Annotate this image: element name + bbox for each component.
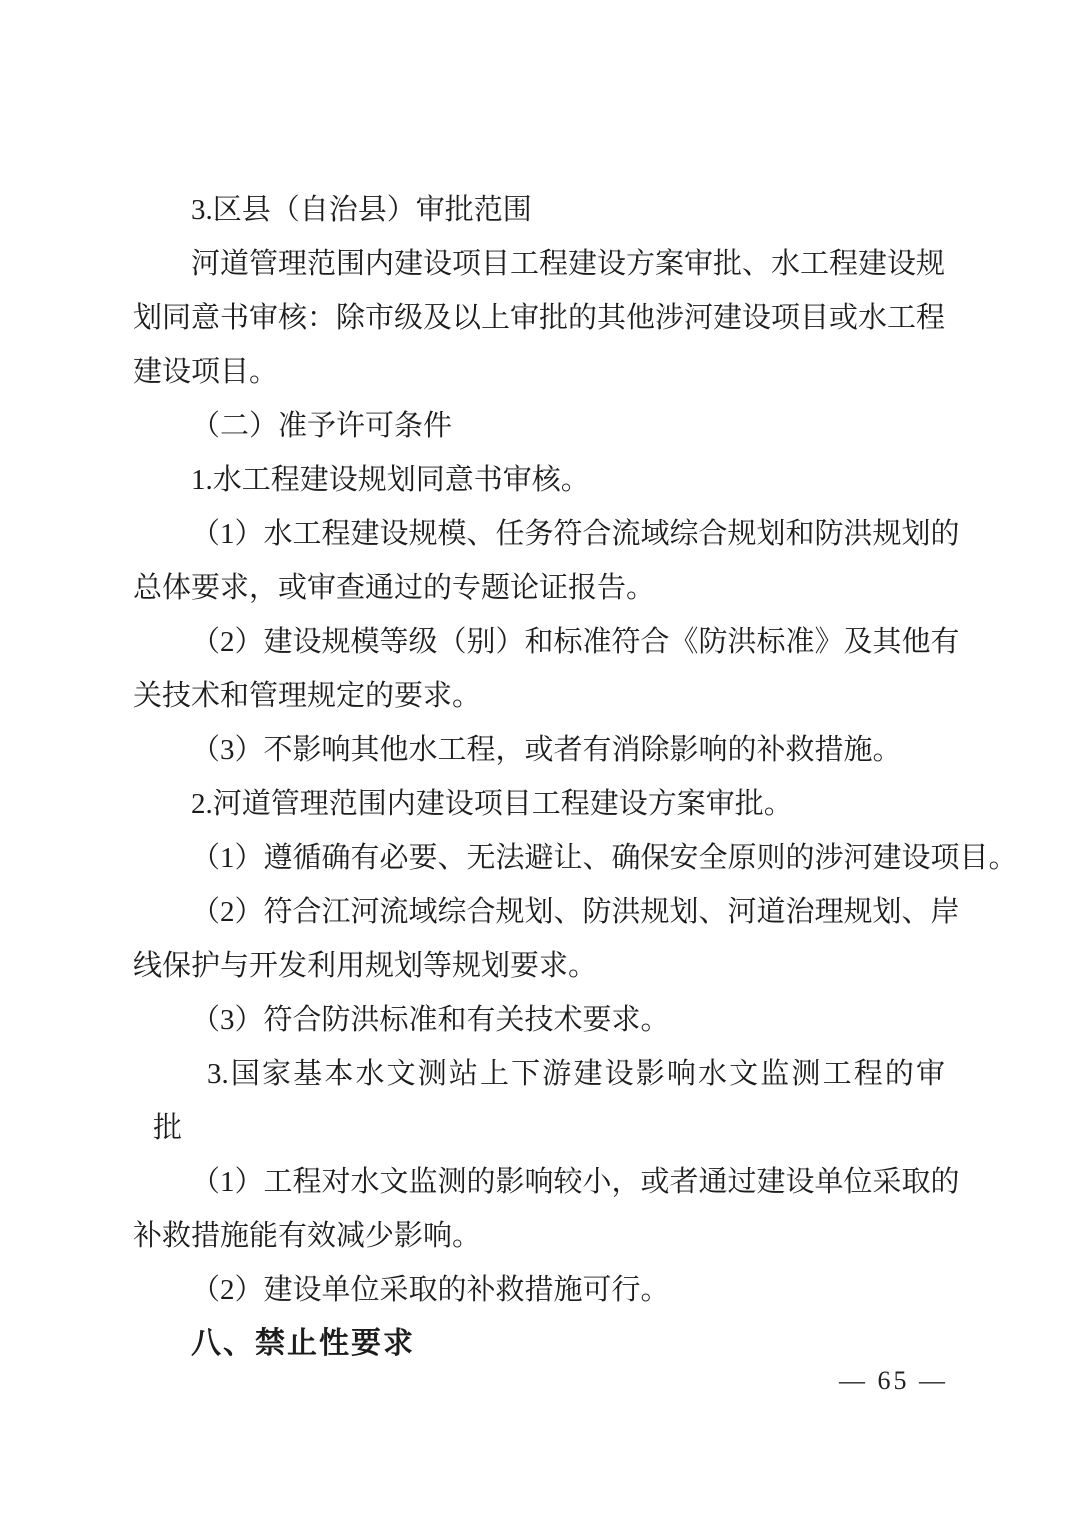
text-line: 关技术和管理规定的要求。 [133,669,945,723]
text-line: 3.国家基本水文测站上下游建设影响水文监测工程的审 [133,1047,945,1101]
text-line: 1.水工程建设规划同意书审核。 [133,453,945,507]
text-line: （3）符合防洪标准和有关技术要求。 [133,993,945,1047]
document-body: 3.区县（自治县）审批范围 河道管理范围内建设项目工程建设方案审批、水工程建设规… [133,183,945,1371]
text-line: 总体要求，或审查通过的专题论证报告。 [133,561,945,615]
text-line: （1）水工程建设规模、任务符合流域综合规划和防洪规划的 [133,507,945,561]
text-line: （1）工程对水文监测的影响较小，或者通过建设单位采取的 [133,1155,945,1209]
page-number: — 65 — [839,1366,948,1396]
text-line: （3）不影响其他水工程，或者有消除影响的补救措施。 [133,723,945,777]
text-line: （2）建设单位采取的补救措施可行。 [133,1263,945,1317]
section-heading: 八、禁止性要求 [133,1317,945,1371]
text-line: 河道管理范围内建设项目工程建设方案审批、水工程建设规 [133,237,945,291]
text-line: 线保护与开发利用规划等规划要求。 [133,939,945,993]
text-line: 3.区县（自治县）审批范围 [133,183,945,237]
text-line: （1）遵循确有必要、无法避让、确保安全原则的涉河建设项目。 [133,831,945,885]
text-line: 2.河道管理范围内建设项目工程建设方案审批。 [133,777,945,831]
text-line: 补救措施能有效减少影响。 [133,1209,945,1263]
text-line: 建设项目。 [133,345,945,399]
text-line: （二）准予许可条件 [133,399,945,453]
text-line: （2）建设规模等级（别）和标准符合《防洪标准》及其他有 [133,615,945,669]
text-line: （2）符合江河流域综合规划、防洪规划、河道治理规划、岸 [133,885,945,939]
text-line: 批 [133,1101,945,1155]
text-line: 划同意书审核：除市级及以上审批的其他涉河建设项目或水工程 [133,291,945,345]
